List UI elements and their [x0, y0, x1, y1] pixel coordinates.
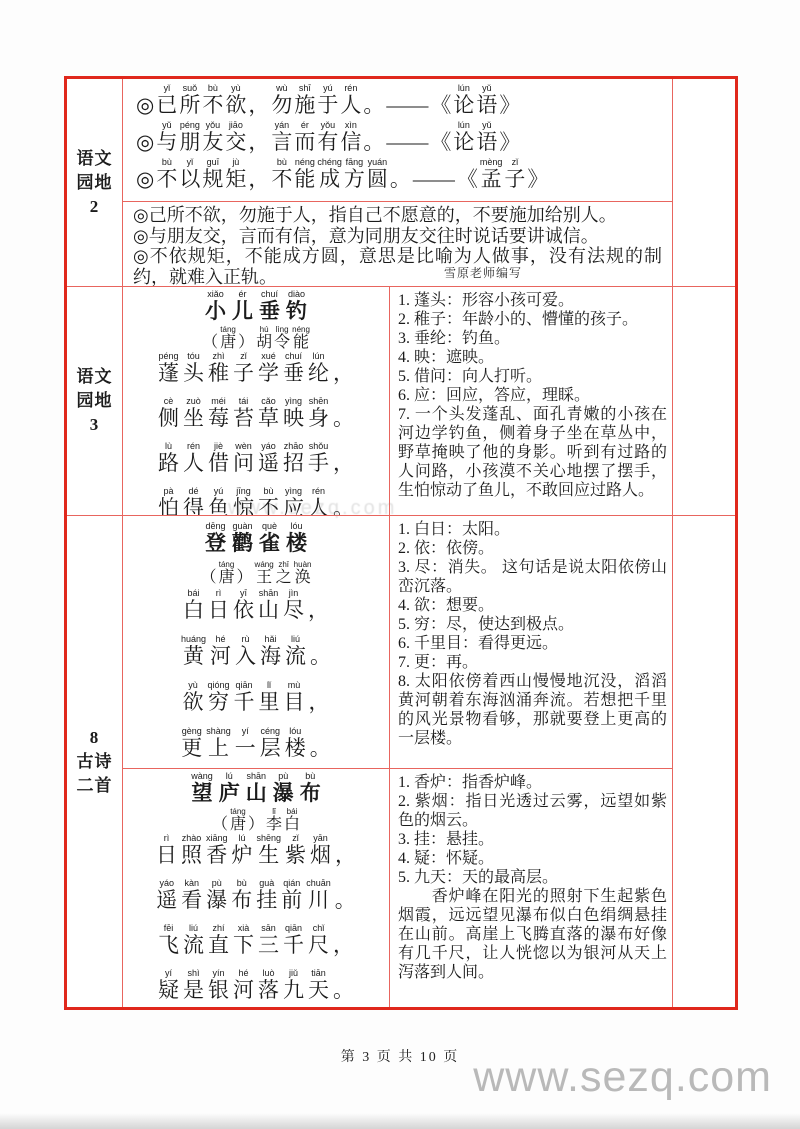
poem-verse: 欲yù穷qióng千qiān里lǐ目mù，	[180, 681, 331, 716]
ruby-char: 小xiǎo	[205, 299, 226, 323]
note-line: 2. 依：依傍。	[398, 539, 667, 558]
poem-verse: 遥yáo看kàn瀑pù布bù挂guà前qián川chuān。	[154, 879, 358, 914]
poem-xiao-er-chui-diao: 小xiǎo儿ér垂chuí钓diào （唐táng）胡hú令lìng能néng …	[123, 287, 390, 516]
ruby-char: 语yǔ	[476, 93, 497, 117]
ruby-char: 已yǐ	[156, 93, 177, 117]
ruby-char: （	[212, 816, 228, 833]
ruby-char: ，	[333, 361, 354, 385]
ruby-char: （	[201, 569, 217, 586]
ruby-char: 得dé	[183, 496, 204, 516]
ruby-char: 瀑pù	[273, 781, 294, 805]
ruby-char: 成chéng	[317, 167, 342, 191]
ruby-char: 欲yù	[225, 93, 246, 117]
ruby-char: 日rì	[156, 843, 177, 867]
ruby-char: 孟mèng	[480, 167, 503, 191]
ruby-char: 下xià	[233, 933, 254, 957]
quote-line: ◎与yǔ朋péng友yǒu交jiāo，言yán而ér有yǒu信xìn。——《论l…	[135, 121, 668, 153]
label-line: 园地	[77, 171, 113, 195]
ruby-char: 疑yí	[158, 978, 179, 1002]
poem-verse: 黄huáng河hé入rù海hǎi流liú。	[179, 635, 333, 670]
ruby-char: 论lún	[453, 93, 474, 117]
ruby-char: 莓méi	[208, 406, 229, 430]
note-line: 6. 应：回应，答应，理睬。	[398, 386, 667, 405]
ruby-char: ，	[248, 93, 269, 117]
ruby-char: 尽jìn	[283, 598, 304, 622]
ruby-char: 炉lú	[231, 843, 252, 867]
ruby-char: 山shān	[246, 781, 267, 805]
ruby-char: 飞fēi	[158, 933, 179, 957]
ruby-char: ）	[237, 569, 253, 586]
ruby-char: 上shàng	[206, 736, 231, 760]
ruby-char: 登dēng	[205, 531, 226, 555]
ruby-char: 子zǐ	[504, 167, 525, 191]
ruby-char: 流liú	[183, 933, 204, 957]
ruby-char: 子zǐ	[233, 361, 254, 385]
ruby-char: 。	[390, 167, 411, 191]
ruby-char: 之zhī	[276, 569, 292, 586]
ruby-char: 流liú	[285, 644, 306, 668]
ruby-char: 身shēn	[308, 406, 329, 430]
ruby-char: 圆yuán	[367, 167, 388, 191]
note-line: 5. 借问：向人打听。	[398, 367, 667, 386]
ruby-char: 《	[457, 167, 478, 191]
ruby-char: 直zhí	[208, 933, 229, 957]
ruby-char: 以yǐ	[179, 167, 200, 191]
ruby-char: 楼lóu	[285, 736, 306, 760]
label-line: 语文	[77, 365, 113, 389]
note-line: 4. 疑：怀疑。	[398, 849, 667, 868]
ruby-char: 白bái	[183, 598, 204, 622]
note-line: 3. 垂纶：钓鱼。	[398, 329, 667, 348]
ruby-char: 手shǒu	[308, 451, 329, 475]
ruby-char: ——	[386, 93, 428, 117]
ruby-char: 能néng	[292, 334, 310, 351]
explanation-line: ◎与朋友交，言而有信，意为同朋友交往时说话要讲诚信。	[133, 226, 662, 247]
ruby-char: 不bù	[202, 93, 223, 117]
worksheet-page: 语文 园地 2 语文 园地 3 8 古诗 二首 ◎已yǐ所suǒ不bù欲yù，勿…	[0, 0, 800, 1129]
site-watermark: www.sezq.com	[473, 1056, 772, 1099]
ruby-char: ，	[308, 598, 329, 622]
ruby-char: 香xiāng	[206, 843, 228, 867]
ruby-char: 胡hú	[256, 334, 272, 351]
ruby-char: 前qián	[281, 888, 302, 912]
ruby-char: 。	[310, 736, 331, 760]
ruby-char: 穷qióng	[207, 690, 229, 714]
poem-author: （唐táng）王wáng之zhī涣huàn	[200, 560, 313, 587]
ruby-char: 烟yān	[310, 843, 331, 867]
ruby-char: 于yú	[317, 93, 338, 117]
worksheet-table: 语文 园地 2 语文 园地 3 8 古诗 二首 ◎已yǐ所suǒ不bù欲yù，勿…	[64, 76, 738, 1010]
quote-line: ◎不bù以yǐ规guī矩jù，不bù能néng成chéng方fāng圆yuán。…	[135, 158, 668, 190]
unit-label-yuwen-yuandi-2: 语文 园地 2	[67, 79, 123, 287]
ruby-char: 规guī	[202, 167, 223, 191]
ruby-char: ，	[309, 690, 330, 714]
ruby-char: 生shēng	[256, 843, 281, 867]
ruby-char: 信xìn	[340, 130, 361, 154]
label-line: 3	[90, 413, 100, 437]
ruby-char: 川chuān	[306, 888, 331, 912]
ruby-char: 依yī	[233, 598, 254, 622]
ruby-char: ，	[335, 843, 356, 867]
ruby-char: 目mù	[284, 690, 305, 714]
ruby-char: 。	[363, 130, 384, 154]
poem-author: （唐táng）李lǐ白bái	[211, 807, 301, 834]
notes-deng-guan-que-lou: 1. 白日：太阳。2. 依：依傍。3. 尽：消失。 这句话是说太阳依傍山峦沉落。…	[390, 516, 672, 769]
ruby-char: 》	[499, 130, 520, 154]
ruby-char: ——	[413, 167, 455, 191]
ruby-char: ，	[248, 130, 269, 154]
ruby-char: 黄huáng	[181, 644, 206, 668]
label-line: 8	[90, 726, 100, 750]
poem-author: （唐táng）胡hú令lìng能néng	[201, 325, 311, 352]
note-line: 5. 九天：天的最高层。	[398, 868, 667, 887]
ruby-char: 头tóu	[183, 361, 204, 385]
note-line: 1. 白日：太阳。	[398, 520, 667, 539]
ruby-char: 》	[499, 93, 520, 117]
poem-verse: 白bái日rì依yī山shān尽jìn，	[181, 589, 331, 624]
ruby-char: 是shì	[183, 978, 204, 1002]
ruby-char: 看kàn	[181, 888, 202, 912]
ruby-char: 日rì	[208, 598, 229, 622]
ruby-char: ）	[248, 816, 264, 833]
ruby-char: 不bù	[156, 167, 177, 191]
ruby-char: 布bù	[300, 781, 321, 805]
ruby-char: 遥yáo	[156, 888, 177, 912]
ruby-char: ，	[248, 167, 269, 191]
note-line: 8. 太阳依傍着西山慢慢地沉没，滔滔黄河朝着东海汹涌奔流。若想把千里的风光景物看…	[398, 672, 667, 748]
ruby-char: 欲yù	[182, 690, 203, 714]
poem-title: 望wàng庐lú山shān瀑pù布bù	[188, 772, 324, 807]
empty-side-cell	[672, 516, 735, 1007]
ruby-char: 白bái	[284, 816, 300, 833]
ruby-char: 与yǔ	[156, 130, 177, 154]
note-line: 3. 挂：悬挂。	[398, 830, 667, 849]
note-line: 1. 香炉：指香炉峰。	[398, 773, 667, 792]
note-line: 4. 映：遮映。	[398, 348, 667, 367]
poem-deng-guan-que-lou: 登dēng鹳guàn雀què楼lóu （唐táng）王wáng之zhī涣huàn…	[123, 516, 390, 769]
ruby-char: 布bù	[231, 888, 252, 912]
ruby-char: 论lún	[453, 130, 474, 154]
empty-side-cell	[672, 79, 735, 287]
ruby-char: 映yìng	[283, 406, 304, 430]
note-line: 7. 更：再。	[398, 653, 667, 672]
ruby-char: 稚zhì	[208, 361, 229, 385]
ruby-char: 河hé	[210, 644, 231, 668]
famous-quotes-block: ◎已yǐ所suǒ不bù欲yù，勿wù施shī于yú人rén。——《论lún语yǔ…	[123, 79, 672, 202]
ruby-char: ）	[238, 334, 254, 351]
ruby-char: 方fāng	[344, 167, 365, 191]
ruby-char: 所suǒ	[179, 93, 200, 117]
notes-wang-lushan-pubu: 1. 香炉：指香炉峰。2. 紫烟：指日光透过云雾，远望如紫色的烟云。3. 挂：悬…	[390, 769, 672, 1007]
note-line: 3. 尽：消失。 这句话是说太阳依傍山峦沉落。	[398, 558, 667, 596]
ruby-char: 交jiāo	[225, 130, 246, 154]
ruby-char: 人rén	[340, 93, 361, 117]
note-line: 香炉峰在阳光的照射下生起紫色烟霞，远远望见瀑布似白色绢绸悬挂在山前。高崖上飞腾直…	[398, 887, 667, 982]
ruby-char: 而ér	[294, 130, 315, 154]
unit-label-yuwen-yuandi-3: 语文 园地 3	[67, 287, 123, 516]
ruby-char: 落luò	[258, 978, 279, 1002]
note-line: 2. 稚子：年龄小的、懵懂的孩子。	[398, 310, 667, 329]
poem-verse: 疑yí是shì银yín河hé落luò九jiǔ天tiān。	[156, 969, 356, 1004]
ruby-char: 招zhāo	[283, 451, 304, 475]
ruby-char: 学xué	[258, 361, 279, 385]
quote-explanations-block: ◎己所不欲，勿施于人，指自己不愿意的，不要施加给别人。◎与朋友交，言而有信，意为…	[123, 202, 672, 287]
ruby-char: 紫zǐ	[285, 843, 306, 867]
note-line: 7. 一个头发蓬乱、面孔青嫩的小孩在河边学钓鱼，侧着身子坐在草丛中，野草掩映了他…	[398, 405, 667, 500]
ruby-char: 。	[333, 978, 354, 1002]
ruby-char: 》	[527, 167, 548, 191]
ruby-char: 庐lú	[219, 781, 240, 805]
ruby-char: 李lǐ	[266, 816, 282, 833]
ruby-char: 垂chuí	[259, 299, 280, 323]
ruby-char: 望wàng	[191, 781, 213, 805]
poem-verse: 侧cè坐zuò莓méi苔tái草cǎo映yìng身shēn。	[156, 397, 356, 432]
ruby-char: 。	[310, 644, 331, 668]
ruby-char: 。	[335, 888, 356, 912]
ruby-char: ◎	[136, 93, 154, 117]
poem-verses: 日rì照zhào香xiāng炉lú生shēng紫zǐ烟yān，遥yáo看kàn瀑…	[154, 834, 358, 1004]
poem-verse: 蓬péng头tóu稚zhì子zǐ学xué垂chuí纶lún，	[156, 352, 356, 387]
label-line: 语文	[77, 147, 113, 171]
ruby-char: 里lǐ	[259, 690, 280, 714]
ruby-char: 人rén	[183, 451, 204, 475]
ruby-char: 坐zuò	[183, 406, 204, 430]
explanation-line: ◎己所不欲，勿施于人，指自己不愿意的，不要施加给别人。	[133, 205, 662, 226]
note-line: 5. 穷：尽，使达到极点。	[398, 615, 667, 634]
ruby-char: 挂guà	[256, 888, 277, 912]
ruby-char: （	[202, 334, 218, 351]
poem-verse: 路lù人rén借jiè问wèn遥yáo招zhāo手shǒu，	[156, 442, 356, 477]
ruby-char: 纶lún	[308, 361, 329, 385]
ruby-char: ◎	[136, 130, 154, 154]
ruby-char: 钓diào	[286, 299, 307, 323]
ruby-char: 侧cè	[158, 406, 179, 430]
ruby-char: 友yǒu	[202, 130, 223, 154]
ruby-char: 海hǎi	[260, 644, 281, 668]
ruby-char: 《	[430, 130, 451, 154]
ruby-char: 鱼yú	[208, 496, 229, 516]
ruby-char: 儿ér	[232, 299, 253, 323]
ruby-char: 《	[430, 93, 451, 117]
faint-watermark: www.sezq.com	[228, 497, 397, 520]
ruby-char: 瀑pù	[206, 888, 227, 912]
ruby-char: 更gèng	[181, 736, 202, 760]
ruby-char: 天tiān	[308, 978, 329, 1002]
ruby-char: 山shān	[258, 598, 279, 622]
ruby-char: 涣huàn	[294, 569, 312, 586]
ruby-char: 不bù	[271, 167, 292, 191]
ruby-char: 令lìng	[274, 334, 290, 351]
label-line: 二首	[77, 774, 113, 798]
label-line: 2	[90, 195, 100, 219]
ruby-char: 唐táng	[230, 816, 246, 833]
poem-verses: 白bái日rì依yī山shān尽jìn，黄huáng河hé入rù海hǎi流liú…	[179, 589, 333, 762]
ruby-char: 尺chǐ	[308, 933, 329, 957]
ruby-char: 蓬péng	[158, 361, 179, 385]
ruby-char: 能néng	[294, 167, 315, 191]
poem-title: 登dēng鹳guàn雀què楼lóu	[202, 522, 310, 557]
ruby-char: 三sān	[258, 933, 279, 957]
ruby-char: 雀què	[259, 531, 280, 555]
ruby-char: 施shī	[294, 93, 315, 117]
ruby-char: 垂chuí	[283, 361, 304, 385]
unit-label-gushi-ershou: 8 古诗 二首	[67, 516, 123, 1007]
empty-side-cell	[672, 287, 735, 516]
note-line: 6. 千里目：看得更远。	[398, 634, 667, 653]
ruby-char: 入rù	[235, 644, 256, 668]
ruby-char: 路lù	[158, 451, 179, 475]
ruby-char: 借jiè	[208, 451, 229, 475]
ruby-char: 一yí	[235, 736, 256, 760]
ruby-char: 有yǒu	[317, 130, 338, 154]
ruby-char: 言yán	[271, 130, 292, 154]
label-line: 园地	[77, 389, 113, 413]
notes-xiao-er-chui-diao: 1. 蓬头：形容小孩可爱。2. 稚子：年龄小的、懵懂的孩子。3. 垂纶：钓鱼。4…	[390, 287, 672, 516]
explanation-line: ◎不依规矩，不能成方圆，意思是比喻为人做事，没有法规的制约，就难入正轨。	[133, 246, 662, 287]
poem-verse: 更gèng上shàng一yí层céng楼lóu。	[179, 727, 333, 762]
poem-verse: 飞fēi流liú直zhí下xià三sān千qiān尺chǐ，	[156, 924, 356, 959]
photo-edge-shadow	[0, 1113, 800, 1129]
ruby-char: 问wèn	[233, 451, 254, 475]
ruby-char: 九jiǔ	[283, 978, 304, 1002]
explanation-lines: ◎己所不欲，勿施于人，指自己不愿意的，不要施加给别人。◎与朋友交，言而有信，意为…	[133, 205, 662, 287]
label-line: 古诗	[77, 750, 113, 774]
ruby-char: 唐táng	[219, 569, 235, 586]
ruby-char: 怕pà	[158, 496, 179, 516]
ruby-char: 王wáng	[255, 569, 274, 586]
ruby-char: 唐táng	[220, 334, 236, 351]
ruby-char: 草cǎo	[258, 406, 279, 430]
ruby-char: 河hé	[233, 978, 254, 1002]
ruby-char: 银yín	[208, 978, 229, 1002]
ruby-char: 遥yáo	[258, 451, 279, 475]
ruby-char: ，	[333, 933, 354, 957]
poem-verse: 日rì照zhào香xiāng炉lú生shēng紫zǐ烟yān，	[154, 834, 358, 869]
ruby-char: 千qiān	[234, 690, 255, 714]
ruby-char: 语yǔ	[476, 130, 497, 154]
ruby-char: 。	[363, 93, 384, 117]
note-line: 1. 蓬头：形容小孩可爱。	[398, 291, 667, 310]
ruby-char: 苔tái	[233, 406, 254, 430]
ruby-char: ，	[333, 451, 354, 475]
ruby-char: ◎	[136, 167, 154, 191]
ruby-char: 千qiān	[283, 933, 304, 957]
poem-verses: 蓬péng头tóu稚zhì子zǐ学xué垂chuí纶lún，侧cè坐zuò莓mé…	[156, 352, 356, 516]
ruby-char: 矩jù	[225, 167, 246, 191]
quote-line: ◎已yǐ所suǒ不bù欲yù，勿wù施shī于yú人rén。——《论lún语yǔ…	[135, 84, 668, 116]
ruby-char: 照zhào	[181, 843, 202, 867]
note-line: 2. 紫烟：指日光透过云雾，远望如紫色的烟云。	[398, 792, 667, 830]
ruby-char: 。	[333, 406, 354, 430]
author-credit: 雪原老师编写	[444, 263, 522, 284]
ruby-char: 朋péng	[179, 130, 200, 154]
ruby-char: 鹳guàn	[232, 531, 253, 555]
ruby-char: ——	[386, 130, 428, 154]
note-line: 4. 欲：想要。	[398, 596, 667, 615]
ruby-char: 层céng	[260, 736, 281, 760]
poem-wang-lushan-pubu: 望wàng庐lú山shān瀑pù布bù （唐táng）李lǐ白bái 日rì照z…	[123, 769, 390, 1007]
ruby-char: 楼lóu	[286, 531, 307, 555]
poem-title: 小xiǎo儿ér垂chuí钓diào	[202, 290, 310, 325]
ruby-char: 勿wù	[271, 93, 292, 117]
